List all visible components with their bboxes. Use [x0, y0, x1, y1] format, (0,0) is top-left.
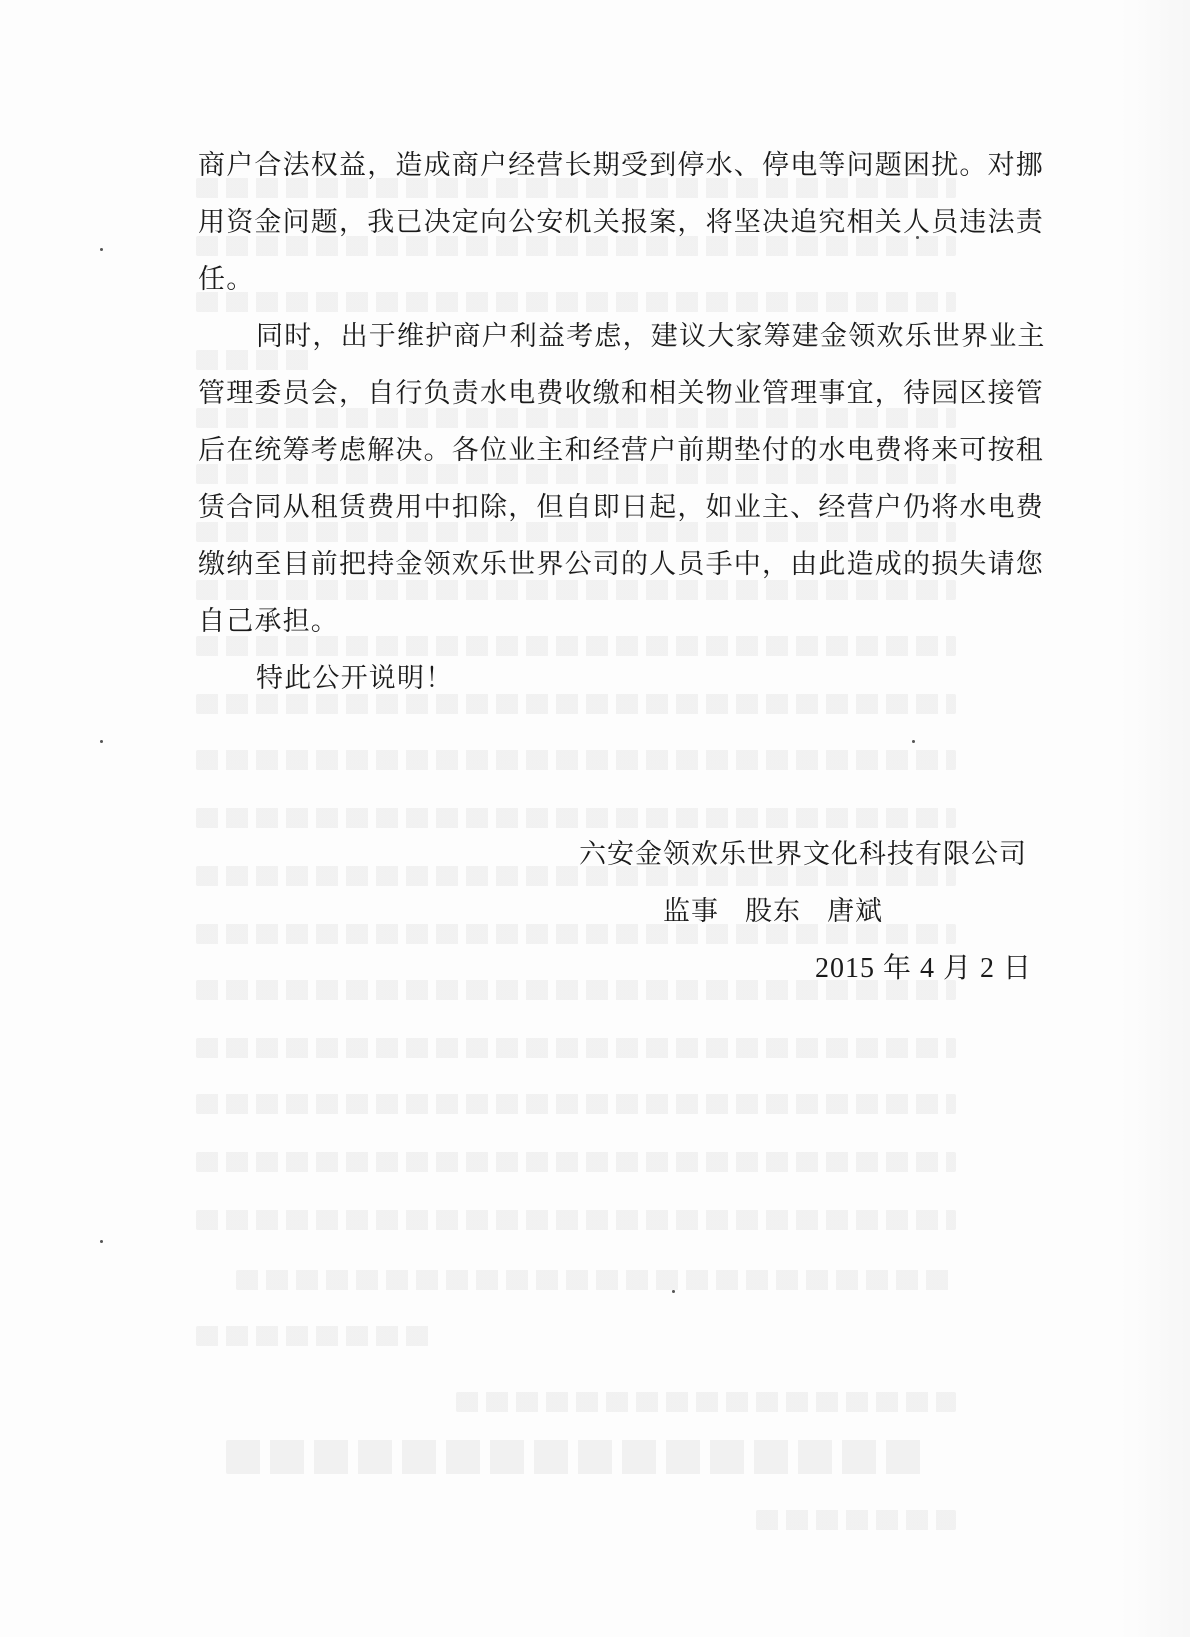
scan-speck [100, 740, 103, 743]
letter-date: 2015 年 4 月 2 日 [815, 940, 1032, 997]
body-line: 商户合法权益，造成商户经营长期受到停水、停电等问题困扰。对挪 [198, 137, 970, 194]
scan-speck [672, 1290, 675, 1293]
signatory-title-shareholder: 股东 [745, 896, 801, 927]
body-line-paragraph-start: 同时，出于维护商户利益考虑，建议大家筹建金领欢乐世界业主 [198, 308, 970, 365]
signatory-line: 监事股东唐斌 [663, 883, 883, 940]
scan-speck [100, 248, 103, 251]
body-line: 用资金问题，我已决定向公安机关报案，将坚决追究相关人员违法责 [198, 194, 970, 251]
body-line: 自己承担。 [198, 593, 970, 650]
company-name: 六安金领欢乐世界文化科技有限公司 [579, 826, 1027, 883]
body-line: 赁合同从租赁费用中扣除，但自即日起，如业主、经营户仍将水电费 [198, 479, 970, 536]
letter-body: 商户合法权益，造成商户经营长期受到停水、停电等问题困扰。对挪 用资金问题，我已决… [198, 137, 970, 707]
closing-statement: 特此公开说明！ [198, 650, 970, 707]
signatory-title-supervisor: 监事 [663, 896, 719, 927]
scan-speck [100, 1240, 103, 1243]
body-line: 管理委员会，自行负责水电费收缴和相关物业管理事宜，待园区接管 [198, 365, 970, 422]
faint-watermark-logo [960, 1537, 1130, 1597]
scanned-document-page: 商户合法权益，造成商户经营长期受到停水、停电等问题困扰。对挪 用资金问题，我已决… [0, 0, 1190, 1637]
body-line: 后在统筹考虑解决。各位业主和经营户前期垫付的水电费将来可按租 [198, 422, 970, 479]
signatory-name: 唐斌 [827, 896, 883, 927]
body-line: 缴纳至目前把持金领欢乐世界公司的人员手中，由此造成的损失请您 [198, 536, 970, 593]
scan-edge-shadow [1120, 0, 1190, 1637]
body-line: 任。 [198, 251, 970, 308]
scan-speck [912, 740, 915, 743]
